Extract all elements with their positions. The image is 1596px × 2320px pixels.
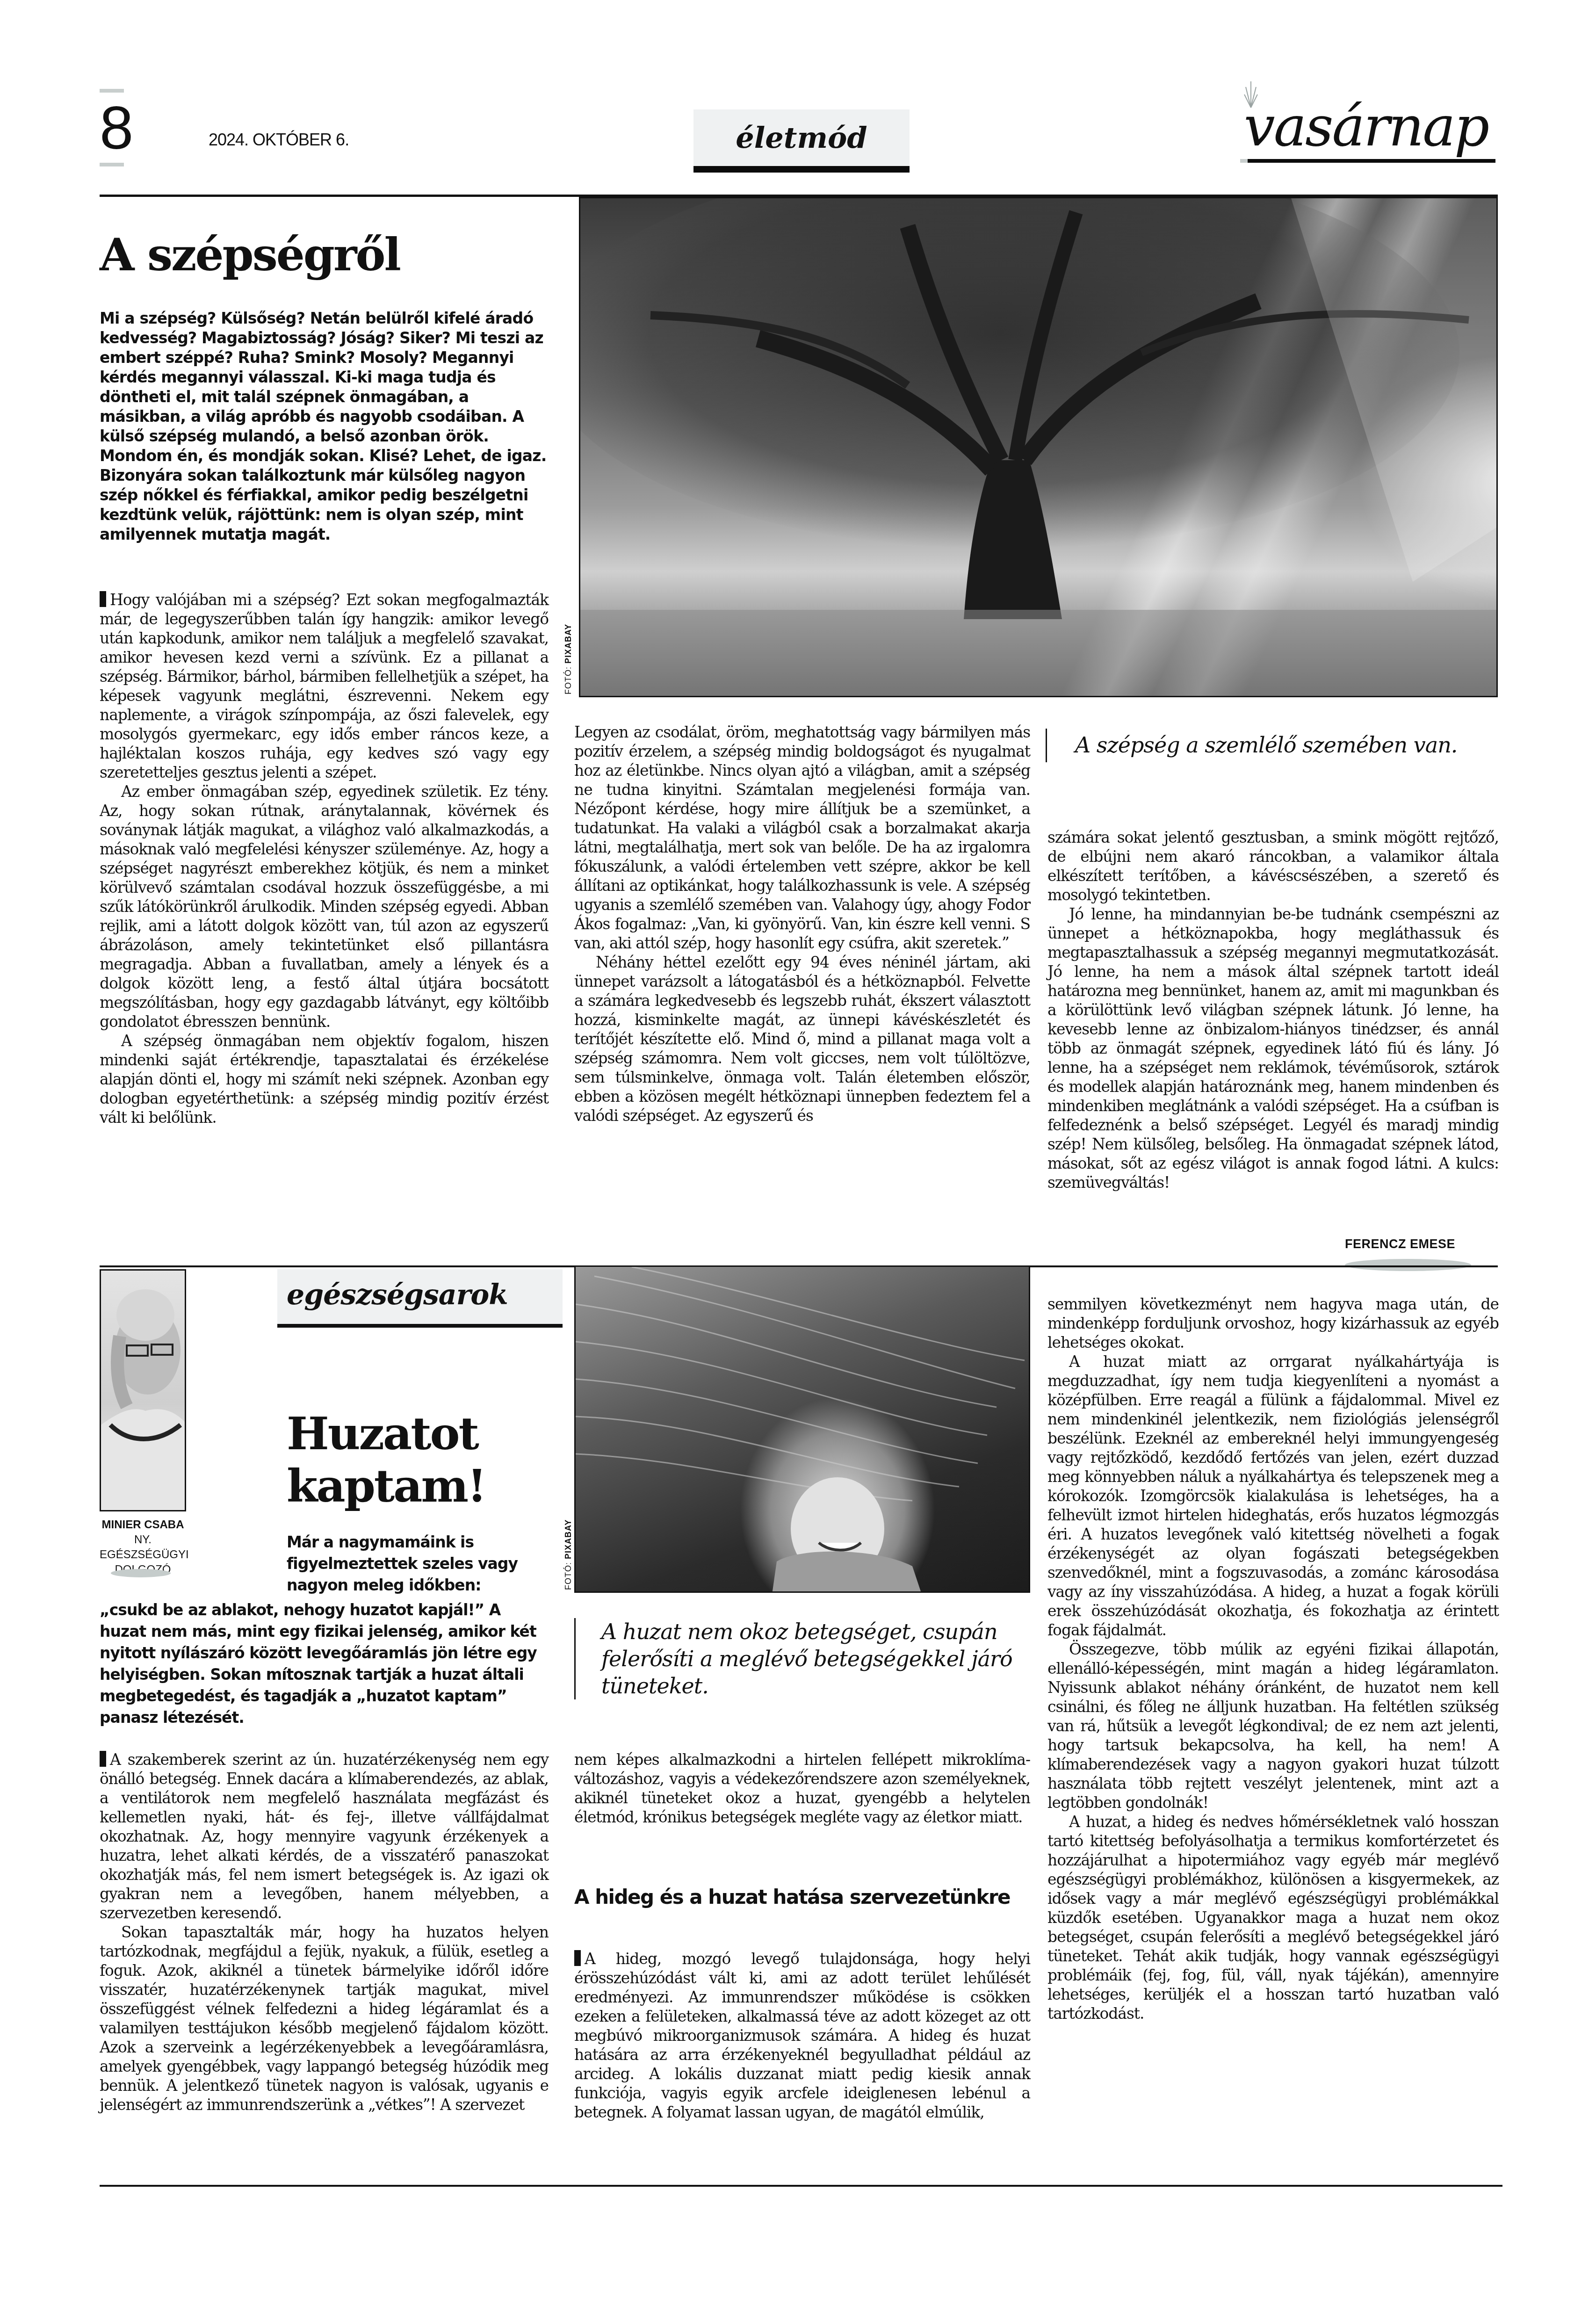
subheading: A hideg és a huzat hatása szervezetünkre xyxy=(574,1885,1030,1910)
article-column-2: Legyen az csodálat, öröm, meghatottság v… xyxy=(574,723,1030,1125)
column-name: egészségsarok xyxy=(287,1279,508,1311)
pull-quote: A huzat nem okoz betegséget, csupán fele… xyxy=(574,1618,1030,1699)
paragraph: nem képes alkalmazkodni a hirtelen fellé… xyxy=(574,1750,1030,1827)
article-lead-continued: „csukd be az ablakot, nehogy huzatot kap… xyxy=(100,1599,549,1728)
byline-ornament xyxy=(1345,1259,1471,1271)
author-title: NY. EGÉSZSÉGÜGYI xyxy=(100,1532,186,1562)
article-column-3: semmilyen következményt nem hagyva maga … xyxy=(1047,1294,1499,2023)
page-number-top-bar xyxy=(100,89,124,93)
title-line: kaptam! xyxy=(287,1460,485,1512)
section-tag: életmód xyxy=(693,109,910,173)
article-column-2: nem képes alkalmazkodni a hirtelen fellé… xyxy=(574,1750,1030,1827)
paragraph: Összegezve, több múlik az egyéni fizikai… xyxy=(1047,1640,1499,1812)
author-portrait xyxy=(100,1269,186,1511)
paragraph: számára sokat jelentő gesztusban, a smin… xyxy=(1047,828,1499,904)
logo-rule xyxy=(1248,159,1495,163)
article-column-1: A szakemberek szerint az ún. huzatérzéke… xyxy=(100,1750,549,2114)
author-ornament xyxy=(111,1569,171,1577)
column-tag: egészségsarok xyxy=(277,1269,563,1328)
publication-name: vasárnap xyxy=(1244,94,1496,159)
footer-divider xyxy=(100,2185,1502,2187)
author-byline: FERENCZ EMESE xyxy=(1345,1237,1455,1251)
paragraph: Az ember önmagában szép, egyedinek szüle… xyxy=(100,782,549,1031)
paragraph: A huzat miatt az orrgarat nyálkahártyája… xyxy=(1047,1352,1499,1640)
paragraph: Néhány héttel ezelőtt egy 94 éves néniné… xyxy=(574,953,1030,1125)
tree-photo xyxy=(579,197,1498,697)
logo-rule-accent xyxy=(1240,159,1248,163)
paragraph: Hogy valójában mi a szépség? Ezt sokan m… xyxy=(100,590,549,782)
article-title: A szépségről xyxy=(100,229,400,281)
author-name: MINIER CSABA xyxy=(100,1518,186,1532)
article-title: Huzatot kaptam! xyxy=(287,1408,485,1512)
author-caption: MINIER CSABA NY. EGÉSZSÉGÜGYI DOLGOZÓ xyxy=(100,1518,186,1577)
sunburst-icon xyxy=(1244,80,1258,108)
wind-hair-photo xyxy=(574,1265,1030,1593)
article-column-1: Hogy valójában mi a szépség? Ezt sokan m… xyxy=(100,590,549,1127)
article-column-2-continued: A hideg, mozgó levegő tulajdonsága, hogy… xyxy=(574,1949,1030,2122)
tree-illustration xyxy=(580,198,1498,697)
page-number-block: 8 xyxy=(100,89,124,166)
page-number: 8 xyxy=(100,93,124,163)
article-lead: Már a nagymamáink is figyelmeztettek sze… xyxy=(287,1532,549,1596)
photo-credit-hair: FOTÓ: PIXABAY xyxy=(563,1519,573,1590)
title-line: Huzatot xyxy=(287,1407,478,1460)
paragraph: A hideg, mozgó levegő tulajdonsága, hogy… xyxy=(574,1949,1030,2122)
paragraph: A szakemberek szerint az ún. huzatérzéke… xyxy=(100,1750,549,1922)
hair-illustration xyxy=(576,1267,1030,1593)
article-lead: Mi a szépség? Külsőség? Netán belülről k… xyxy=(100,309,549,544)
paragraph: Legyen az csodálat, öröm, meghatottság v… xyxy=(574,723,1030,953)
article-column-3: számára sokat jelentő gesztusban, a smin… xyxy=(1047,828,1499,1192)
paragraph: Sokan tapasztalták már, hogy ha huzatos … xyxy=(100,1922,549,2114)
issue-date: 2024. OKTÓBER 6. xyxy=(209,130,349,150)
publication-logo: vasárnap xyxy=(1244,94,1496,164)
section-label: életmód xyxy=(736,121,867,155)
paragraph: A huzat, a hideg és nedves hőmérsékletne… xyxy=(1047,1812,1499,2023)
paragraph: A szépség önmagában nem objektív fogalom… xyxy=(100,1031,549,1127)
page-number-bottom-bar xyxy=(100,163,124,166)
portrait-illustration xyxy=(101,1271,186,1511)
paragraph: semmilyen következményt nem hagyva maga … xyxy=(1047,1294,1499,1352)
photo-credit-tree: FOTÓ: PIXABAY xyxy=(563,624,573,694)
pull-quote: A szépség a szemlélő szemében van. xyxy=(1046,729,1502,762)
paragraph: Jó lenne, ha mindannyian be-be tudnánk c… xyxy=(1047,904,1499,1192)
